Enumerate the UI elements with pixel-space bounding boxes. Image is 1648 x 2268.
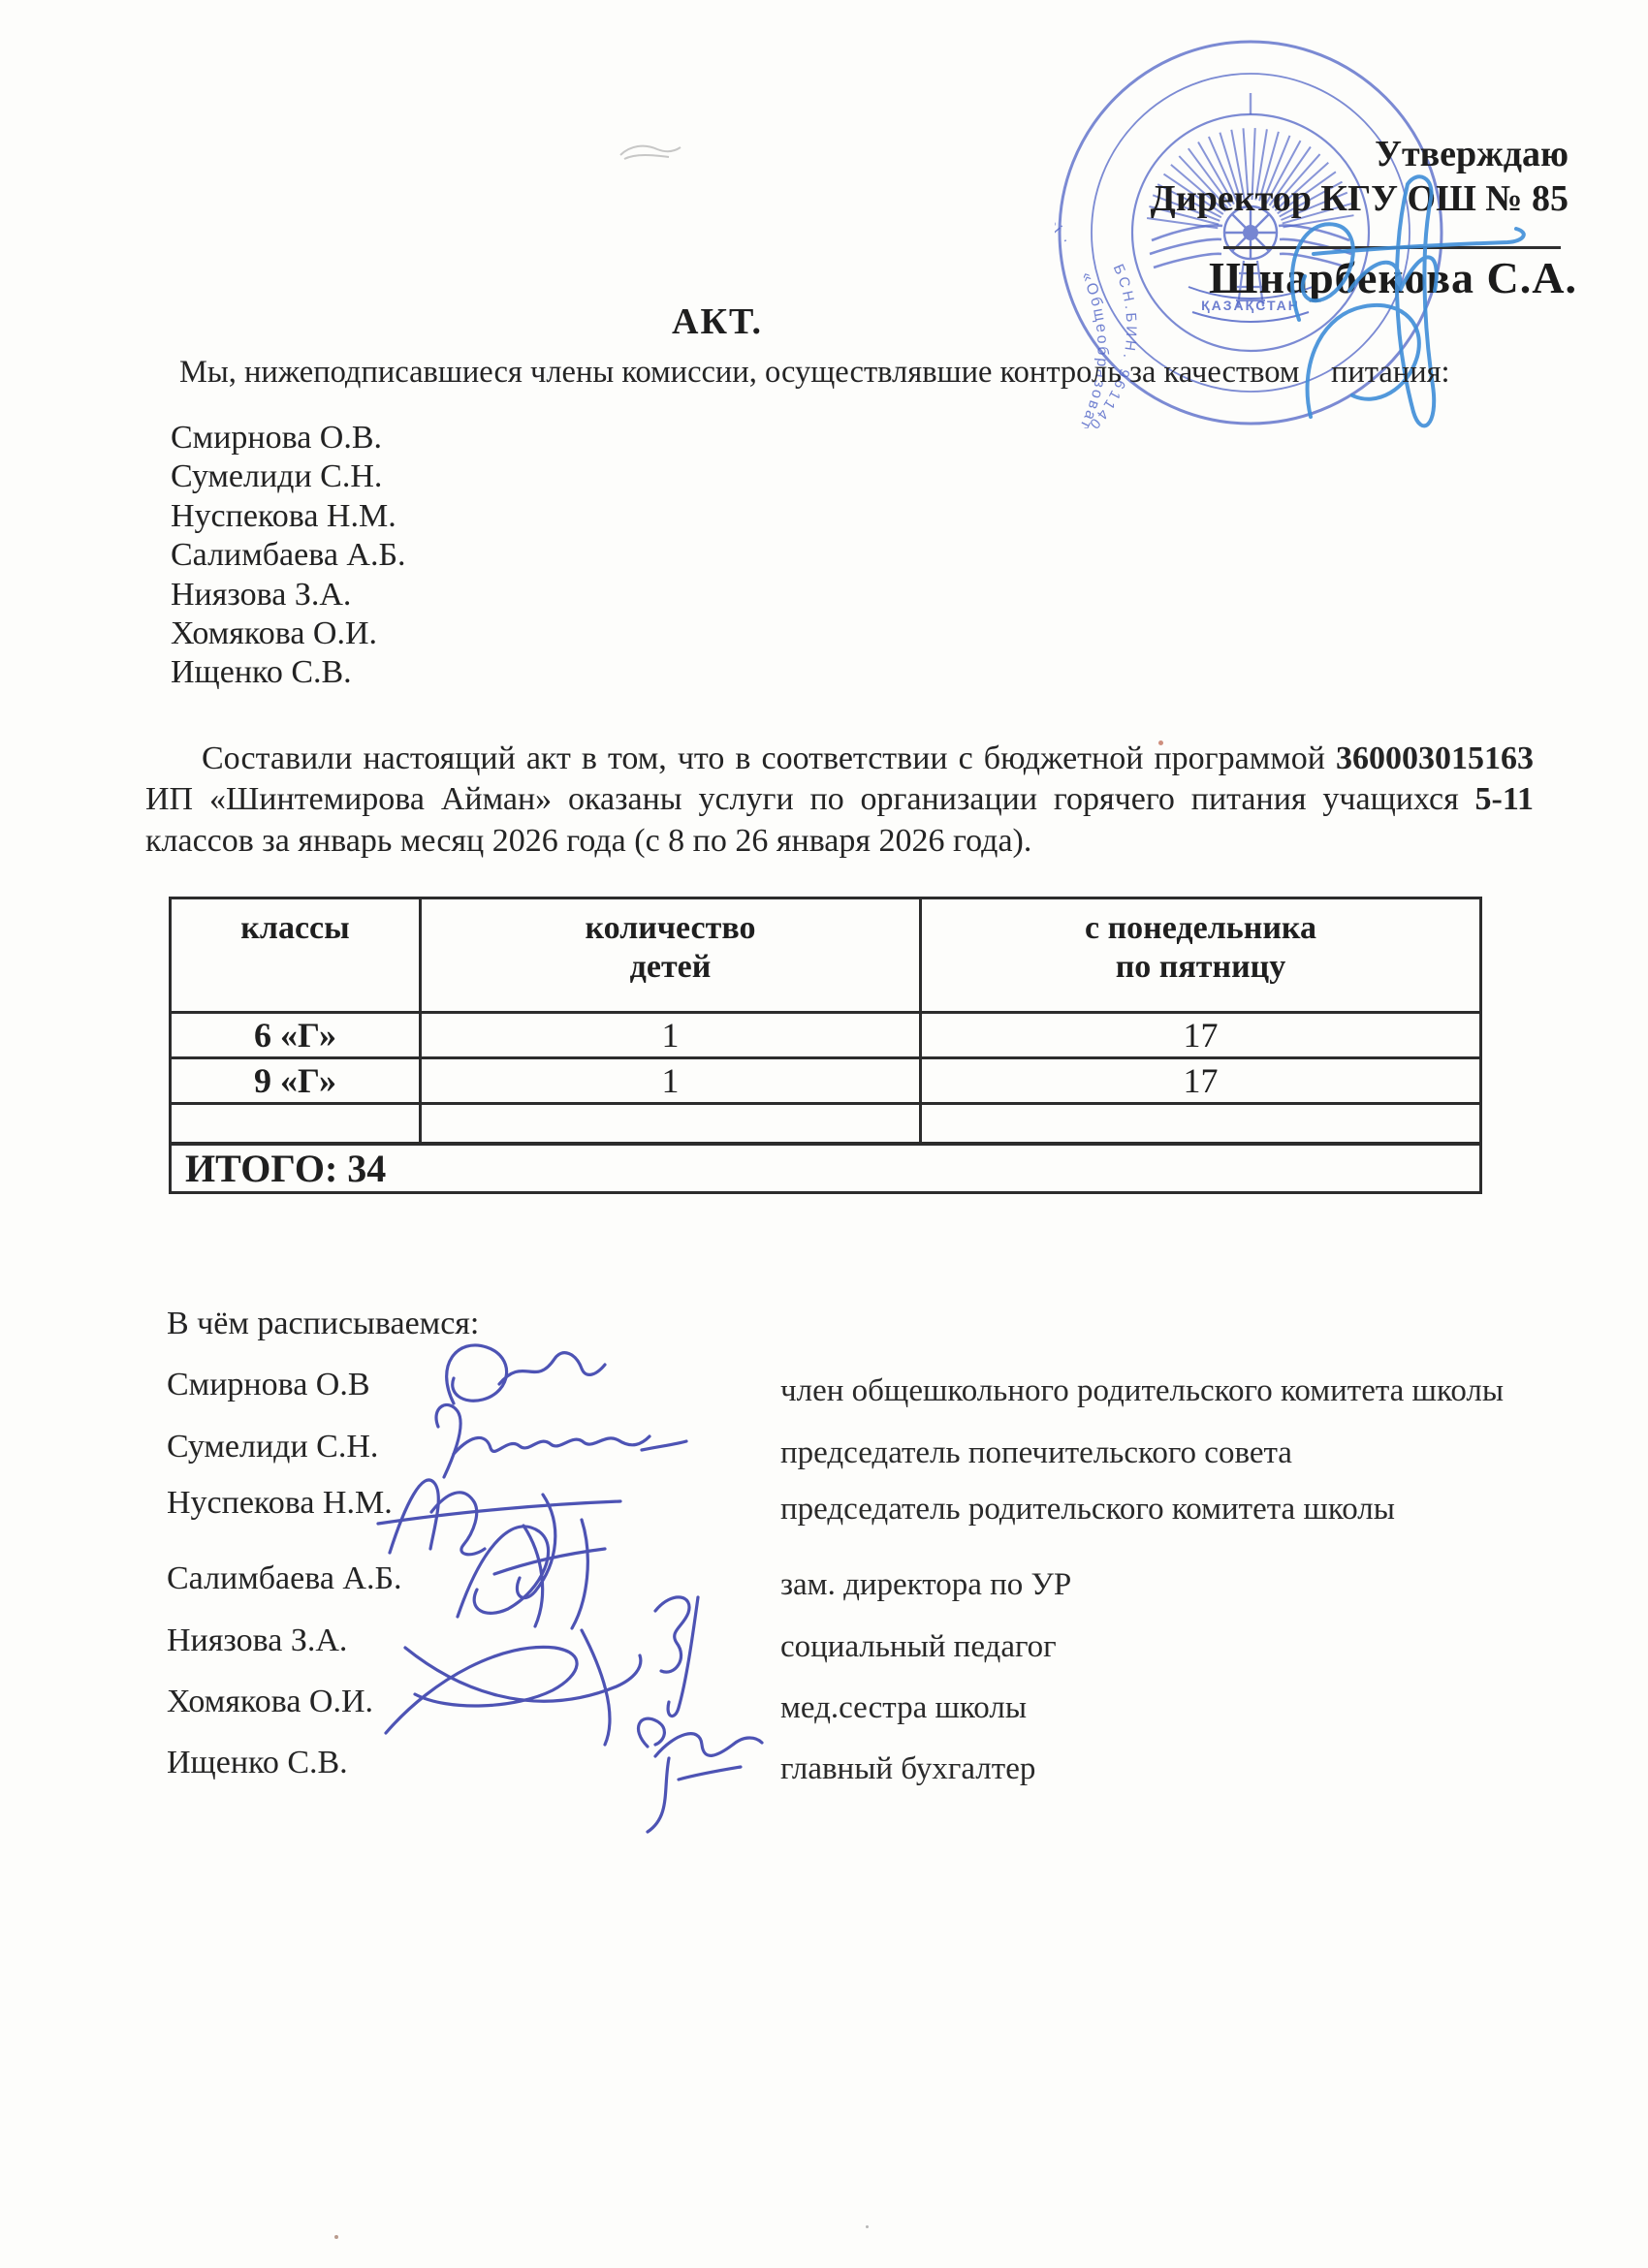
approve-label: Утверждаю	[1151, 132, 1569, 176]
commission-member: Ниязова З.А.	[171, 576, 406, 614]
total-cell: ИТОГО: 34	[171, 1144, 1481, 1193]
signer-row: Нуспекова Н.М. председатель родительског…	[167, 1485, 1572, 1531]
stamp-divider-ring	[1092, 74, 1410, 392]
signer-name: Салимбаева А.Б.	[167, 1560, 402, 1596]
signer-role: социальный педагог	[780, 1629, 1057, 1665]
cell-class: 6 «Г»	[171, 1013, 421, 1058]
signer-row: Ниязова З.А. социальный педагог	[167, 1622, 1572, 1669]
cell-class	[171, 1104, 421, 1145]
table-row-empty	[171, 1104, 1481, 1145]
signer-name: Смирнова О.В	[167, 1367, 370, 1402]
pencil-mark	[611, 136, 688, 174]
program-number: 360003015163	[1336, 740, 1534, 776]
director-label: Директор КГУ ОШ № 85	[1151, 176, 1569, 221]
document-title: АКТ.	[672, 300, 763, 343]
scan-speck	[1158, 740, 1163, 745]
signer-role: зам. директора по УР	[780, 1567, 1071, 1603]
act-text-part3: классов за январь месяц 2026 года (с 8 п…	[145, 823, 1031, 859]
header-classes: классы	[171, 898, 421, 1013]
cell-children: 1	[421, 1013, 921, 1058]
commission-member: Салимбаева А.Б.	[171, 536, 406, 575]
signer-name: Ниязова З.А.	[167, 1622, 347, 1658]
table-row: 6 «Г» 1 17	[171, 1013, 1481, 1058]
commission-list: Смирнова О.В. Сумелиди С.Н. Нуспекова Н.…	[171, 419, 406, 693]
director-name: Шнарбекова С.А.	[1209, 252, 1577, 303]
scan-speck	[334, 2235, 338, 2239]
signer-name: Хомякова О.И.	[167, 1684, 373, 1719]
commission-member: Сумелиди С.Н.	[171, 457, 406, 496]
signer-role: председатель родительского комитета школ…	[780, 1492, 1395, 1528]
cell-children	[421, 1104, 921, 1145]
cell-days: 17	[921, 1058, 1481, 1104]
act-text-part2: ИП «Шинтемирова Айман» оказаны услуги по…	[145, 781, 1475, 817]
commission-member: Смирнова О.В.	[171, 419, 406, 457]
cell-class: 9 «Г»	[171, 1058, 421, 1104]
commission-member: Хомякова О.И.	[171, 614, 406, 653]
commission-member: Ищенко С.В.	[171, 653, 406, 692]
signer-role: мед.сестра школы	[780, 1690, 1027, 1726]
signing-heading: В чём расписываемся:	[167, 1306, 479, 1342]
act-body-paragraph: Составили настоящий акт в том, что в соо…	[145, 739, 1534, 862]
table-header-row: классы количество детей с понедельника п…	[171, 898, 1481, 1013]
header-mon-fri: с понедельника по пятницу	[921, 898, 1481, 1013]
signer-name: Сумелиди С.Н.	[167, 1429, 378, 1465]
approval-block: Утверждаю Директор КГУ ОШ № 85	[1151, 132, 1569, 221]
signature-line	[1223, 246, 1561, 249]
signer-row: Хомякова О.И. мед.сестра школы	[167, 1684, 1572, 1730]
signer-row: Сумелиди С.Н. председатель попечительско…	[167, 1429, 1572, 1475]
header-children-count: количество детей	[421, 898, 921, 1013]
table-total-row: ИТОГО: 34	[171, 1144, 1481, 1193]
table-row: 9 «Г» 1 17	[171, 1058, 1481, 1104]
signer-role: главный бухгалтер	[780, 1751, 1035, 1787]
signer-role: член общешкольного родительского комитет…	[780, 1373, 1504, 1409]
commission-member: Нуспекова Н.М.	[171, 497, 406, 536]
scanned-document-page: «Общеобразовательная школа №85» ∙ «№85 ж…	[0, 0, 1648, 2268]
signer-name: Нуспекова Н.М.	[167, 1485, 393, 1521]
intro-paragraph: Мы, нижеподписавшиеся члены комиссии, ос…	[150, 355, 1566, 391]
signer-name: Ищенко С.В.	[167, 1745, 348, 1780]
cell-days	[921, 1104, 1481, 1145]
signer-row: Ищенко С.В. главный бухгалтер	[167, 1745, 1572, 1791]
meals-table: классы количество детей с понедельника п…	[169, 897, 1482, 1194]
grades-range: 5-11	[1475, 781, 1534, 817]
cell-days: 17	[921, 1013, 1481, 1058]
signer-row: Салимбаева А.Б. зам. директора по УР	[167, 1560, 1572, 1607]
signer-row: Смирнова О.В член общешкольного родитель…	[167, 1367, 1572, 1413]
cell-children: 1	[421, 1058, 921, 1104]
signer-role: председатель попечительского совета	[780, 1435, 1292, 1471]
scan-speck	[866, 2225, 869, 2228]
act-text-part1: Составили настоящий акт в том, что в соо…	[202, 740, 1336, 776]
